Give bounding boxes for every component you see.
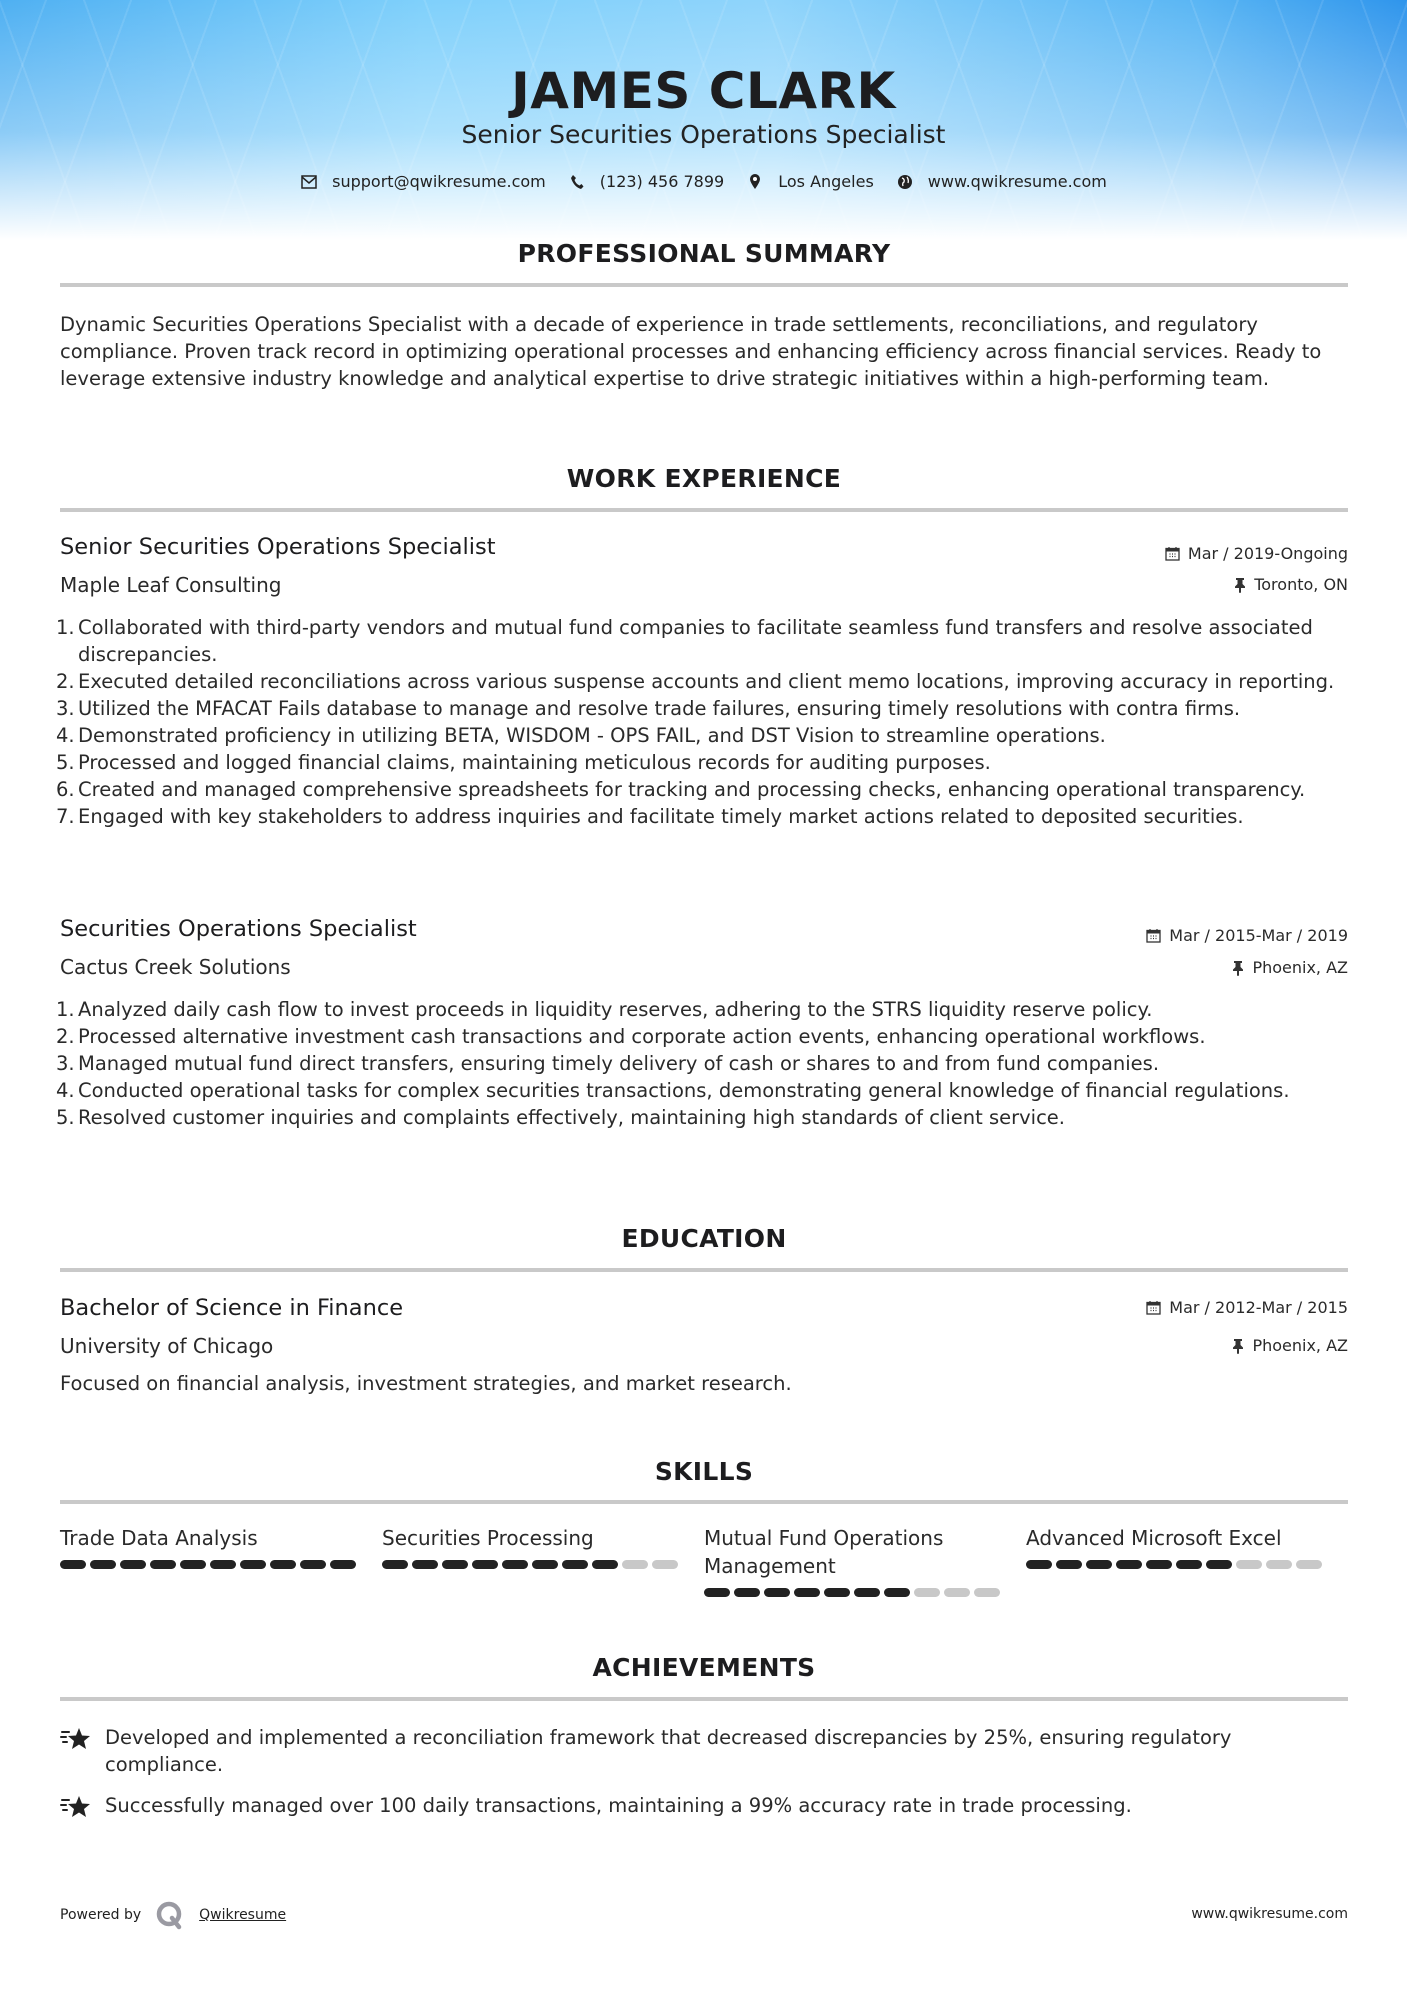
job-bullets: Collaborated with third-party vendors an… bbox=[78, 614, 1348, 830]
bullet-item: Resolved customer inquiries and complain… bbox=[78, 1104, 1348, 1131]
envelope-icon bbox=[300, 173, 318, 191]
phone-icon bbox=[568, 173, 586, 191]
company-name: Cactus Creek Solutions bbox=[60, 955, 291, 979]
powered-by-label: Powered by bbox=[60, 1907, 141, 1923]
section-divider bbox=[60, 508, 1348, 512]
rating-dot-filled bbox=[1146, 1560, 1172, 1569]
contact-phone[interactable]: (123) 456 7899 bbox=[568, 172, 724, 191]
rating-dot-filled bbox=[330, 1560, 356, 1569]
pushpin-icon bbox=[1232, 960, 1244, 976]
skills-list: Trade Data Analysis Securities Processin… bbox=[60, 1524, 1348, 1597]
rating-dot-filled bbox=[532, 1560, 558, 1569]
bullet-item: Conducted operational tasks for complex … bbox=[78, 1077, 1348, 1104]
rating-dot-filled bbox=[824, 1588, 850, 1597]
job-title: Securities Operations Specialist bbox=[60, 916, 417, 942]
bullet-item: Analyzed daily cash flow to invest proce… bbox=[78, 996, 1348, 1023]
rating-dot-filled bbox=[764, 1588, 790, 1597]
rating-dot-filled bbox=[1056, 1560, 1082, 1569]
map-pin-icon bbox=[746, 173, 764, 191]
education-dates: Mar / 2012-Mar / 2015 bbox=[1146, 1298, 1348, 1317]
achievement-item: Successfully managed over 100 daily tran… bbox=[60, 1792, 1348, 1827]
education-location: Phoenix, AZ bbox=[1232, 1336, 1348, 1355]
rating-dot-empty bbox=[914, 1588, 940, 1597]
rating-dot-filled bbox=[704, 1588, 730, 1597]
rating-dot-filled bbox=[1206, 1560, 1232, 1569]
rating-dot-filled bbox=[442, 1560, 468, 1569]
section-heading-education: EDUCATION bbox=[60, 1224, 1348, 1253]
calendar-icon bbox=[1146, 928, 1161, 943]
skill-name: Mutual Fund Operations Management bbox=[704, 1524, 1004, 1580]
bullet-item: Processed alternative investment cash tr… bbox=[78, 1023, 1348, 1050]
job-title: Senior Securities Operations Specialist bbox=[60, 534, 496, 560]
rating-dot-filled bbox=[472, 1560, 498, 1569]
contact-phone-text: (123) 456 7899 bbox=[600, 172, 724, 191]
rating-dot-filled bbox=[884, 1588, 910, 1597]
pushpin-icon bbox=[1234, 577, 1246, 593]
company-name: Maple Leaf Consulting bbox=[60, 573, 281, 597]
rating-dot-filled bbox=[240, 1560, 266, 1569]
candidate-name: JAMES CLARK bbox=[0, 62, 1407, 120]
rating-dot-filled bbox=[180, 1560, 206, 1569]
calendar-icon bbox=[1165, 546, 1180, 561]
achievement-text: Successfully managed over 100 daily tran… bbox=[105, 1792, 1132, 1827]
rating-dot-filled bbox=[794, 1588, 820, 1597]
section-divider bbox=[60, 1697, 1348, 1701]
section-heading-skills: SKILLS bbox=[60, 1457, 1348, 1486]
contact-email-text: support@qwikresume.com bbox=[332, 172, 546, 191]
skill-item: Mutual Fund Operations Management bbox=[704, 1524, 1026, 1597]
skill-rating bbox=[704, 1588, 1026, 1597]
skill-name: Trade Data Analysis bbox=[60, 1524, 360, 1552]
rating-dot-filled bbox=[210, 1560, 236, 1569]
pushpin-icon bbox=[1232, 1338, 1244, 1354]
rating-dot-filled bbox=[1026, 1560, 1052, 1569]
footer-powered-by: Powered by Qwikresume bbox=[60, 1900, 286, 1930]
job-location: Phoenix, AZ bbox=[1232, 958, 1348, 977]
contact-location: Los Angeles bbox=[746, 172, 874, 191]
bullet-item: Managed mutual fund direct transfers, en… bbox=[78, 1050, 1348, 1077]
job-location: Toronto, ON bbox=[1234, 575, 1348, 594]
rating-dot-filled bbox=[502, 1560, 528, 1569]
job-dates: Mar / 2015-Mar / 2019 bbox=[1146, 926, 1348, 945]
calendar-icon bbox=[1146, 1300, 1161, 1315]
contact-website-text: www.qwikresume.com bbox=[928, 172, 1107, 191]
section-divider bbox=[60, 1268, 1348, 1272]
section-heading-experience: WORK EXPERIENCE bbox=[60, 464, 1348, 493]
rating-dot-empty bbox=[622, 1560, 648, 1569]
rating-dot-empty bbox=[1266, 1560, 1292, 1569]
skill-item: Trade Data Analysis bbox=[60, 1524, 382, 1597]
contact-location-text: Los Angeles bbox=[778, 172, 874, 191]
section-divider bbox=[60, 283, 1348, 287]
rating-dot-filled bbox=[412, 1560, 438, 1569]
degree-title: Bachelor of Science in Finance bbox=[60, 1295, 403, 1321]
section-heading-achievements: ACHIEVEMENTS bbox=[60, 1653, 1348, 1682]
achievement-text: Developed and implemented a reconciliati… bbox=[105, 1724, 1348, 1778]
job-bullets: Analyzed daily cash flow to invest proce… bbox=[78, 996, 1348, 1131]
skill-item: Advanced Microsoft Excel bbox=[1026, 1524, 1348, 1597]
rating-dot-filled bbox=[150, 1560, 176, 1569]
shooting-star-icon bbox=[60, 1724, 105, 1778]
skill-rating bbox=[60, 1560, 382, 1569]
rating-dot-empty bbox=[974, 1588, 1000, 1597]
rating-dot-filled bbox=[562, 1560, 588, 1569]
rating-dot-filled bbox=[300, 1560, 326, 1569]
candidate-title: Senior Securities Operations Specialist bbox=[0, 120, 1407, 149]
bullet-item: Collaborated with third-party vendors an… bbox=[78, 614, 1348, 668]
rating-dot-filled bbox=[1176, 1560, 1202, 1569]
education-description: Focused on financial analysis, investmen… bbox=[60, 1370, 1348, 1397]
bullet-item: Utilized the MFACAT Fails database to ma… bbox=[78, 695, 1348, 722]
bullet-item: Processed and logged financial claims, m… bbox=[78, 749, 1348, 776]
summary-text: Dynamic Securities Operations Specialist… bbox=[60, 311, 1348, 392]
qwikresume-link[interactable]: Qwikresume bbox=[199, 1907, 286, 1923]
contact-email[interactable]: support@qwikresume.com bbox=[300, 172, 546, 191]
rating-dot-filled bbox=[382, 1560, 408, 1569]
rating-dot-filled bbox=[270, 1560, 296, 1569]
contact-website[interactable]: www.qwikresume.com bbox=[896, 172, 1107, 191]
skill-name: Securities Processing bbox=[382, 1524, 682, 1552]
footer-url[interactable]: www.qwikresume.com bbox=[1191, 1906, 1348, 1922]
rating-dot-empty bbox=[944, 1588, 970, 1597]
achievement-item: Developed and implemented a reconciliati… bbox=[60, 1724, 1348, 1778]
rating-dot-empty bbox=[652, 1560, 678, 1569]
skill-rating bbox=[1026, 1560, 1348, 1569]
skill-name: Advanced Microsoft Excel bbox=[1026, 1524, 1326, 1552]
school-name: University of Chicago bbox=[60, 1334, 273, 1358]
section-divider bbox=[60, 1500, 1348, 1504]
rating-dot-filled bbox=[120, 1560, 146, 1569]
rating-dot-filled bbox=[592, 1560, 618, 1569]
rating-dot-filled bbox=[1086, 1560, 1112, 1569]
rating-dot-filled bbox=[60, 1560, 86, 1569]
rating-dot-filled bbox=[90, 1560, 116, 1569]
qwikresume-logo-icon bbox=[155, 1900, 185, 1930]
skill-item: Securities Processing bbox=[382, 1524, 704, 1597]
globe-icon bbox=[896, 173, 914, 191]
bullet-item: Demonstrated proficiency in utilizing BE… bbox=[78, 722, 1348, 749]
rating-dot-filled bbox=[854, 1588, 880, 1597]
skill-rating bbox=[382, 1560, 704, 1569]
rating-dot-empty bbox=[1296, 1560, 1322, 1569]
rating-dot-filled bbox=[1116, 1560, 1142, 1569]
bullet-item: Executed detailed reconciliations across… bbox=[78, 668, 1348, 695]
job-dates: Mar / 2019-Ongoing bbox=[1165, 544, 1348, 563]
rating-dot-empty bbox=[1236, 1560, 1262, 1569]
section-heading-summary: PROFESSIONAL SUMMARY bbox=[60, 239, 1348, 268]
shooting-star-icon bbox=[60, 1792, 105, 1827]
bullet-item: Created and managed comprehensive spread… bbox=[78, 776, 1348, 803]
bullet-item: Engaged with key stakeholders to address… bbox=[78, 803, 1348, 830]
contact-bar: support@qwikresume.com (123) 456 7899 Lo… bbox=[0, 172, 1407, 191]
rating-dot-filled bbox=[734, 1588, 760, 1597]
